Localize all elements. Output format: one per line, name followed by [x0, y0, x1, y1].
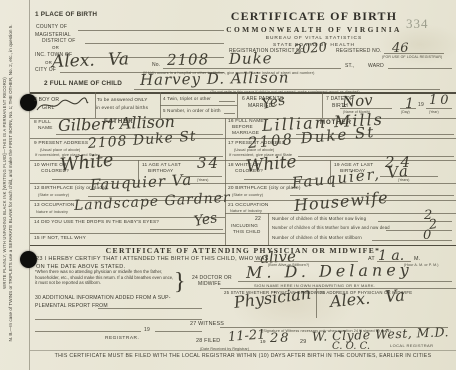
supplemental-label-line2: PLEMENTAL REPORT FROM [35, 303, 108, 309]
father-age-label1: 11 AGE AT LAST [142, 163, 181, 168]
father-occupation-sub: Nature of Industry [36, 210, 68, 214]
child-name-value: Harvey D. Allison [140, 68, 290, 89]
rule-line [384, 53, 444, 54]
drops-answer-value: Yes [193, 210, 219, 230]
handwritten-scribble [34, 96, 90, 114]
doctor-or-midwife-label2: MIDWIFE [198, 281, 221, 287]
rule-line [225, 213, 456, 214]
rule-line [372, 240, 452, 241]
ward-label: WARD [368, 63, 384, 69]
district-of-label: DISTRICT OF [42, 38, 76, 44]
father-birthplace-value: Fauquier Va [90, 171, 193, 194]
supplemental-label-line1: 30 ADDITIONAL INFORMATION ADDED FROM A S… [35, 295, 171, 301]
children-dead-label: Number of children of this Mother born a… [272, 225, 390, 230]
local-registrar-number: 29 [300, 339, 306, 345]
filed-label: 28 FILED [196, 338, 220, 344]
day-sub-label: (Day) [401, 110, 410, 114]
m-label: M. [414, 256, 420, 262]
registration-district-value: 2020 [293, 40, 327, 58]
children-living-label: Number of children of this Mother now li… [272, 216, 366, 221]
plural-note-line1: To be answered ONLY [97, 97, 148, 102]
father-birthplace-sub: (State or country) [38, 193, 69, 197]
rule-line [268, 213, 269, 245]
rule-line [78, 30, 224, 31]
rule-line [160, 105, 237, 106]
father-address-sub1: (Usual place of abode) [40, 148, 80, 152]
no-physician-footnote: *When there was no attending physician o… [35, 269, 175, 286]
rule-line [35, 331, 141, 332]
margin-rule-line [29, 0, 30, 370]
place-of-birth-section-label: 1 PLACE OF BIRTH [35, 11, 97, 18]
birth-certificate-document: WRITE PLAINLY, WITH UNFADING BLACK INK [… [0, 0, 456, 370]
children-stillborn-value: 0 [423, 228, 431, 243]
twin-triplet-label: 4 Twin, triplet or other [163, 96, 211, 101]
registrar-year-prefix: 19 [144, 327, 150, 333]
rule-line [298, 156, 454, 157]
if-not-label: 15 IF NOT, TELL WHY [34, 236, 86, 241]
registrar-label: REGISTRAR. [105, 336, 139, 341]
mother-occupation-sub: Nature of Industry [230, 209, 262, 213]
children-stillborn-label: Number of children of this Mother stillb… [272, 235, 362, 240]
father-color-value: White [59, 149, 115, 176]
certify-statement-line1: 23 I HEREBY CERTIFY THAT I ATTENDED THE … [36, 256, 269, 262]
father-occupation-label: 13 OCCUPATION [34, 203, 75, 208]
filed-year-value: 28 [270, 331, 291, 346]
local-registrar-caption: LOCAL REGISTRAR [390, 343, 433, 348]
rule-line [85, 43, 224, 44]
rule-line [30, 350, 456, 351]
mother-name-label2: BEFORE [232, 125, 253, 130]
city-handwritten-value: Alex. Va [52, 49, 130, 72]
rule-line [219, 101, 235, 102]
registrar-use-note: (FOR USE OF LOCAL REGISTRAR) [382, 55, 442, 59]
witness-label: 27 WITNESS [190, 321, 224, 327]
year-prefix: 19 [418, 102, 424, 108]
rule-line [386, 230, 452, 231]
rule-line [220, 288, 456, 289]
rule-line [155, 331, 202, 332]
mother-color-value: White [245, 152, 298, 177]
commonwealth-subtitle: COMMONWEALTH OF VIRGINIA [222, 25, 406, 34]
mother-occupation-value: Housewife [293, 188, 389, 215]
mother-name-label1: 16 FULL NAME [228, 119, 264, 124]
footnote-brace: } [174, 269, 186, 296]
child-name-label: 2 FULL NAME OF CHILD [44, 80, 122, 87]
rule-line [400, 108, 416, 109]
doctor-signature-value: M. D. Delaney [246, 260, 413, 282]
margin-line-1: WRITE PLAINLY, WITH UNFADING BLACK INK [… [2, 8, 7, 358]
filing-deadline-footer: THIS CERTIFICATE MUST BE FILED WITH THE … [30, 353, 456, 359]
this-child-label: THIS CHILD [233, 229, 261, 234]
including-label: INCLUDING [231, 223, 258, 228]
rule-line [150, 229, 223, 230]
no-label: No. [152, 62, 160, 68]
rule-line [238, 281, 452, 282]
drops-question-label: 14 DID YOU USE THE DROPS IN THE BABY'S E… [34, 219, 159, 224]
rule-line [30, 92, 456, 94]
or-label: OR [45, 60, 52, 65]
st-label: ST., [345, 63, 354, 69]
plural-note-line2: in event of plural births [96, 105, 148, 110]
rule-line [378, 221, 452, 222]
children-section-number: 22 [255, 216, 261, 222]
year-sub-label: (Year) [429, 110, 439, 114]
rule-line [237, 92, 238, 118]
father-age-sub: (Years) [197, 178, 209, 182]
father-age-value: 34 [197, 154, 220, 172]
margin-instructions: WRITE PLAINLY, WITH UNFADING BLACK INK [… [2, 8, 14, 358]
filed-year-prefix: 19 [260, 340, 266, 345]
county-label: COUNTY OF [36, 24, 67, 30]
father-address-label: 9 PRESENT ADDRESS [34, 141, 88, 146]
rule-line [98, 308, 202, 309]
street-handwritten-value: 2108 Duke [167, 49, 273, 69]
stamp-number: 334 [406, 16, 429, 32]
mother-birthplace-sub: (State or country) [232, 193, 263, 197]
certificate-title: CERTIFICATE OF BIRTH [222, 9, 406, 24]
rule-line [30, 233, 225, 234]
rule-line [426, 108, 452, 109]
father-name-label2: NAME [38, 126, 53, 131]
rule-line [388, 68, 452, 69]
mother-occupation-label: 21 OCCUPATION [228, 203, 269, 208]
father-name-label1: 8 FULL [34, 120, 51, 125]
rule-line [340, 108, 392, 109]
mother-birthplace-label: 20 BIRTHPLACE (city or place) [228, 186, 301, 191]
rule-line [35, 319, 202, 320]
registered-no-label: REGISTERED NO. [336, 48, 382, 54]
or-label: OR [52, 45, 59, 50]
birth-year-value: 10 [429, 93, 452, 108]
margin-line-2: N. B.—In case of TWINS or TRIPLETS use a… [8, 23, 14, 343]
parents-married-value: Yes [260, 92, 286, 113]
rule-line [224, 113, 235, 114]
